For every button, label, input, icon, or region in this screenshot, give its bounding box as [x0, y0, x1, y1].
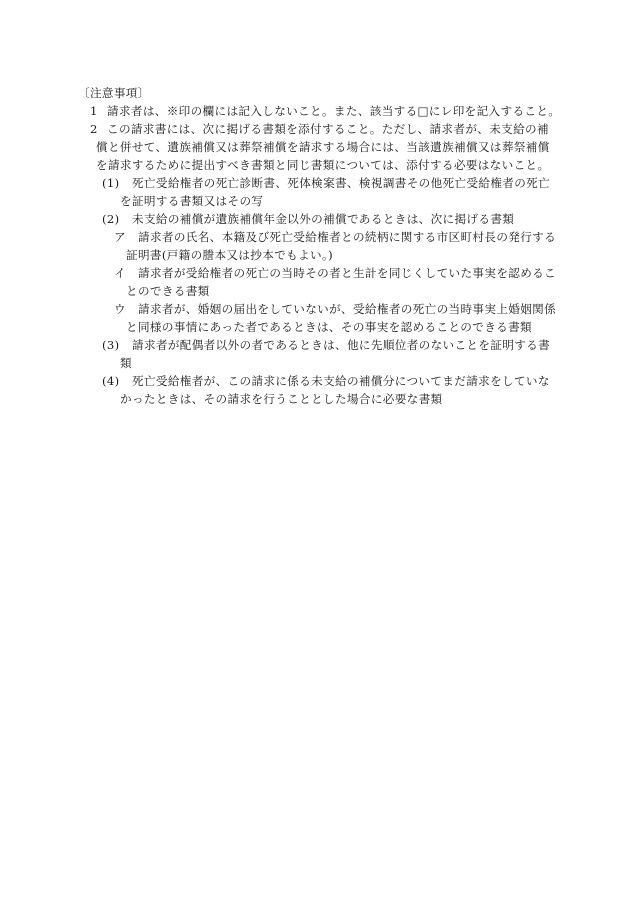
- subitem-2c-text-line-1: 請求者が、婚姻の届出をしていないが、受給権者の死亡の当時事実上婚姻関係: [138, 302, 556, 316]
- notes-heading: 〔注意事項〕: [78, 86, 150, 100]
- subitem-4-text-line-1: 死亡受給権者が、この請求に係る未支給の補償分についてまだ請求をしていな: [132, 374, 550, 388]
- subitem-2a-text-line-1: 請求者の氏名、本籍及び死亡受給権者との続柄に関する市区町村長の発行する: [138, 230, 556, 244]
- subitem-2-text: 未支給の補償が遺族補償年金以外の補償であるときは、次に掲げる書類: [132, 212, 514, 226]
- subitem-3-number: (3): [102, 338, 119, 352]
- subitem-1-text-line-1: 死亡受給権者の死亡診断書、死体検案書、検視調書その他死亡受給権者の死亡: [132, 176, 550, 190]
- item-2-text-line-2: 償と併せて、遺族補償又は葬祭補償を請求する場合には、当該遺族補償又は葬祭補償: [96, 140, 550, 154]
- subitem-2b-label: イ: [114, 266, 126, 280]
- subitem-1-number: (1): [102, 176, 119, 190]
- subitem-2c-label: ウ: [114, 302, 126, 316]
- subitem-4-number: (4): [102, 374, 119, 388]
- subitem-4-text-line-2: かったときは、その請求を行うこととした場合に必要な書類: [120, 392, 442, 406]
- subitem-1-text-line-2: を証明する書類又はその写: [120, 194, 263, 208]
- subitem-2b-text-line-2: とのできる書類: [126, 284, 210, 298]
- item-2-text-line-1: この請求書には、次に掲げる書類を添付すること。ただし、請求者が、未支給の補: [107, 122, 549, 136]
- document-page: 〔注意事項〕 1 請求者は、※印の欄には記入しないこと。また、該当する□にレ印を…: [0, 0, 630, 903]
- subitem-3-text-line-1: 請求者が配偶者以外の者であるときは、他に先順位者のないことを証明する書: [132, 338, 550, 352]
- item-1-number: 1: [90, 104, 98, 118]
- subitem-2a-text-line-2: 証明書(戸籍の謄本又は抄本でもよい。): [126, 248, 333, 262]
- item-2-text-line-3: を請求するために提出すべき書類と同じ書類については、添付する必要はないこと。: [96, 158, 549, 172]
- subitem-2-number: (2): [102, 212, 119, 226]
- subitem-2c-text-line-2: と同様の事情にあった者であるときは、その事実を認めることのできる書類: [126, 320, 532, 334]
- item-2-number: 2: [90, 122, 98, 136]
- subitem-2b-text-line-1: 請求者が受給権者の死亡の当時その者と生計を同じくしていた事実を認めるこ: [138, 266, 556, 280]
- subitem-3-text-line-2: 類: [120, 356, 132, 370]
- subitem-2a-label: ア: [114, 230, 126, 244]
- item-1-text: 請求者は、※印の欄には記入しないこと。また、該当する□にレ印を記入すること。: [107, 104, 560, 118]
